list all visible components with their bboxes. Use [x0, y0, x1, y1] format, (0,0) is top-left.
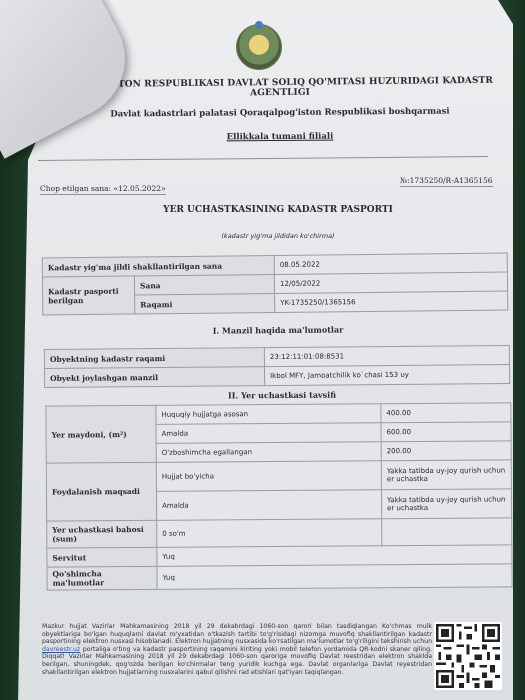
formed-date-value: 08.05.2022: [274, 253, 507, 274]
land-description-table: Yer maydoni, (m²) Huquqiy hujjatga asosa…: [45, 402, 512, 590]
table-row: Foydalanish maqsadi Hujjat bo'yicha Yakk…: [46, 460, 511, 492]
legal-notice-text-1: Mazkur hujjat Vazirlar Mahkamasining 201…: [42, 623, 432, 645]
purpose-document-value: Yakka tatibda uy-joy qurish uchun er uch…: [381, 460, 511, 490]
header-table: Kadastr yig'ma jildi shakllantirilgan sa…: [42, 253, 509, 316]
table-row: Qo'shimcha ma'lumotlar Yuq: [47, 564, 512, 590]
purpose-actual-value: Yakka tatibda uy-joy qurish uchun er uch…: [381, 489, 511, 519]
document-title: YER UCHASTKASINING KADASTR PASPORTI: [58, 205, 498, 215]
section-1-title: I. Manzil haqida ma'lumotlar: [58, 323, 498, 337]
header-divider: [38, 156, 488, 161]
table-row: Yer uchastkasi bahosi (sum) 0 so'm: [47, 518, 512, 548]
issued-number-label: Raqami: [135, 294, 275, 314]
area-actual-label: Amalda: [156, 423, 381, 444]
print-date: Chop etilgan sana: «12.05.2022»: [40, 184, 166, 195]
area-legal-value: 400.00: [381, 403, 511, 423]
agency-name: O'ZBEKISTON RESPUBLIKASI DAVLAT SOLIQ QO…: [60, 76, 500, 101]
branch-name: Ellikkala tumani filiali: [60, 130, 500, 143]
issued-number-value: YK-1735250/1365156: [275, 291, 508, 312]
chamber-name: Davlat kadastrlari palatasi Qoraqalpog'i…: [60, 106, 500, 120]
address-value: Ikbol MFY, Jamoatchilik ko`chasi 153 uy: [265, 364, 510, 385]
section-2-title: II. Yer uchastkasi tavsifi: [62, 388, 502, 401]
area-label: Yer maydoni, (m²): [46, 405, 156, 463]
price-label: Yer uchastkasi bahosi (sum): [47, 520, 157, 548]
issued-label: Kadastr pasporti berilgan: [42, 276, 134, 315]
cadastral-number-label: Obyektning kadastr raqami: [44, 348, 264, 369]
area-actual-value: 600.00: [381, 422, 511, 442]
issued-date-label: Sana: [134, 275, 274, 295]
address-table: Obyektning kadastr raqami 23:12:11:01:08…: [44, 345, 510, 388]
table-row: Obyekt joylashgan manzil Ikbol MFY, Jamo…: [45, 364, 510, 387]
area-seized-value: 200.00: [381, 441, 511, 461]
address-label: Obyekt joylashgan manzil: [45, 367, 265, 388]
area-seized-label: O'zboshimcha egallangan: [156, 442, 381, 463]
area-legal-label: Huquqiy hujjatga asosan: [156, 404, 381, 425]
document-number: №:1735250/R-A1365156: [400, 176, 493, 187]
legal-notice: Mazkur hujjat Vazirlar Mahkamasining 201…: [42, 623, 432, 676]
extra-info-value: Yuq: [157, 564, 512, 589]
formed-date-label: Kadastr yig'ma jildi shakllantirilgan sa…: [42, 256, 274, 277]
davreestr-link[interactable]: davreestr.uz: [42, 646, 80, 653]
purpose-label: Foydalanish maqsadi: [46, 462, 156, 521]
servitut-value: Yuq: [157, 545, 512, 566]
servitut-label: Servitut: [47, 547, 157, 567]
issued-date-value: 12/05/2022: [274, 272, 507, 293]
state-emblem-icon: [236, 24, 282, 70]
extra-info-label: Qo'shimcha ma'lumotlar: [47, 566, 157, 590]
price-value: 0 so'm: [157, 519, 382, 548]
cadastral-number-value: 23:12:11:01:08:8531: [264, 345, 509, 366]
document-subtitle: (kadastr yig'ma jildidan ko'chirma): [58, 232, 498, 240]
purpose-actual-label: Amalda: [156, 490, 381, 521]
price-empty-cell: [382, 518, 512, 546]
purpose-document-label: Hujjat bo'yicha: [156, 461, 381, 492]
legal-notice-text-2: portaliga o'ting va kadastr pasportining…: [42, 646, 432, 676]
qr-code-icon: [434, 622, 502, 690]
